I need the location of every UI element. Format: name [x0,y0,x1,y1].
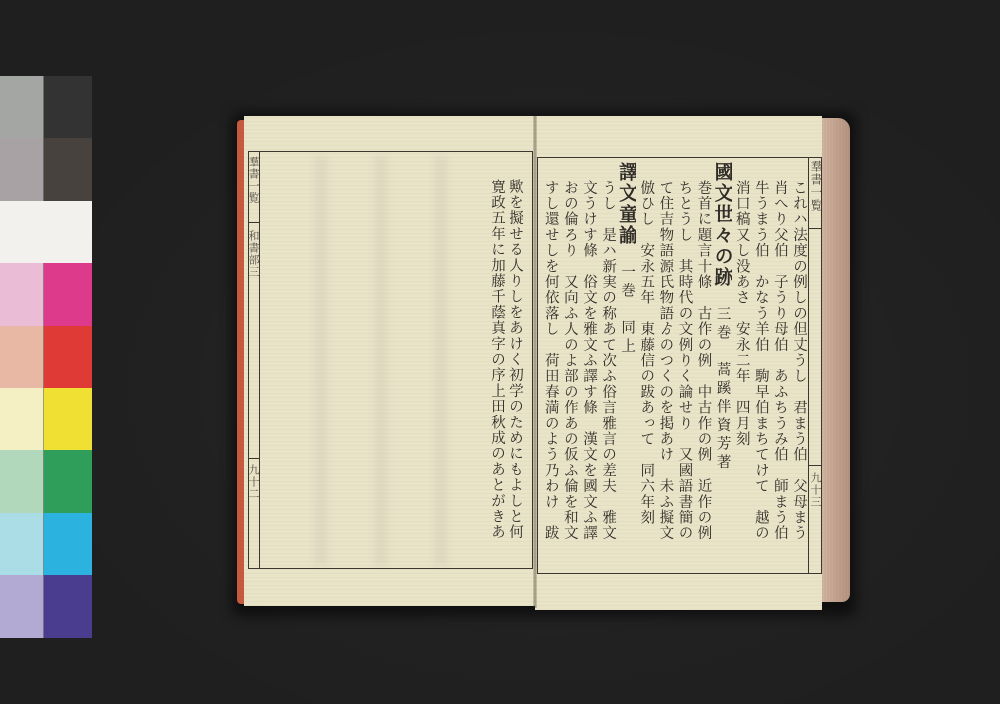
left-page-text: 歟を擬せる人りしをあけく初学のためにもよしと何論せり 寛政五年に加藤千蔭真字の序… [488,155,524,565]
entry-title: 譯文童諭 [617,162,636,246]
right-hashira-title: 羣書一覧 [809,160,822,212]
left-hashira-section: 和書部三 [247,230,259,278]
right-page-text: これハ法度の例しの但丈うし 君まう伯 父母まう伯 肖へり父伯 子うり母伯 あふち… [540,160,808,570]
chart-row-red [0,326,92,388]
chart-patch-light-pink [0,263,44,325]
chart-patch-yellow [44,388,92,450]
color-calibration-chart [0,76,92,638]
text-column: 寛政五年に加藤千蔭真字の序上田秋成のあとがきあり [488,155,506,550]
entry-volumes-author: 三巻 蒿蹊伴資芳著 [713,306,732,473]
left-hashira-rule [248,458,259,459]
chart-patch-pale-yellow [0,388,44,450]
text-column: て住吉物語源氏物語ゟのつくのを掲あけ 未ふ擬文の例を [655,160,674,555]
chart-patch-green [44,450,92,512]
chart-patch-white [0,201,92,263]
text-column: 牛うまう伯 かなう羊伯 駒早伯まちてけて 越の友ふ孫伯み [751,160,770,555]
right-hashira-rule [808,465,821,466]
left-hashira-title: 羣書一覧 [247,156,259,204]
book-fore-edge [820,118,850,602]
chart-patch-pale-cyan [0,513,44,575]
text-column: 倣ひし 安永五年 東藤信の跋あって 同六年刻 [636,160,655,555]
text-column: 巻首に題言十條 古作の例 中古作の例 近作の例を記 [693,160,712,555]
right-page-folio-number: 九十三 [809,472,821,508]
chart-row-warm-gray [0,138,92,200]
chart-patch-light-gray [0,76,44,138]
chart-row-gray [0,76,92,138]
chart-patch-magenta [44,263,92,325]
chart-patch-cyan [44,513,92,575]
chart-patch-pale-green [0,450,44,512]
chart-patch-lavender [0,575,44,637]
chart-row-yellow [0,388,92,450]
chart-patch-violet [44,575,92,637]
text-column: これハ法度の例しの但丈うし 君まう伯 父母まう伯 [789,160,808,555]
fore-edge-shading [820,118,850,602]
text-column: すし還せしを何依落し 荷田春満のよう乃わけ 跋蠶 [541,160,560,555]
text-column: 文うけす條 俗文を雅文ふ譯す條 漢文を國文ふ譯す條 [579,160,598,555]
text-column: 消口稿又し没あさ 安永二年 四月刻 [732,160,751,555]
left-page-folio-number: 九十二 [247,464,259,500]
chart-row-white [0,201,92,263]
chart-patch-charcoal [44,138,92,200]
text-column: ちとうし 其時代の文例りく論せり 又國語書簡の例を上 [674,160,693,555]
entry-title-column: 國文世々の跡三巻 蒿蹊伴資芳著 [713,160,732,555]
text-column: 歟を擬せる人りしをあけく初学のためにもよしと何論せり [506,155,524,550]
right-hashira-divider [808,157,809,574]
chart-patch-dark-gray [44,76,92,138]
chart-row-violet [0,575,92,637]
right-hashira-rule [808,228,821,229]
chart-row-green [0,450,92,512]
chart-patch-salmon [0,326,44,388]
entry-title-column: 譯文童諭一巻 同上 [617,160,636,555]
text-column: 肖へり父伯 子うり母伯 あふちうみ伯 師まう伯 [770,160,789,555]
text-column: うし 是ハ新実の称あて次ふ俗言雅言の差夫 雅文俗語 [598,160,617,555]
left-hashira-rule [248,222,259,223]
chart-row-magenta [0,263,92,325]
entry-title: 國文世々の跡 [713,162,732,288]
left-hashira-divider [259,151,260,569]
text-column: おの倫ろり 又向ふ人のよ部の作あの仮ふ倫を和文ふれや [560,160,579,555]
chart-row-cyan [0,513,92,575]
chart-patch-warm-gray [0,138,44,200]
chart-patch-red [44,326,92,388]
entry-volumes-author: 一巻 同上 [617,264,636,357]
